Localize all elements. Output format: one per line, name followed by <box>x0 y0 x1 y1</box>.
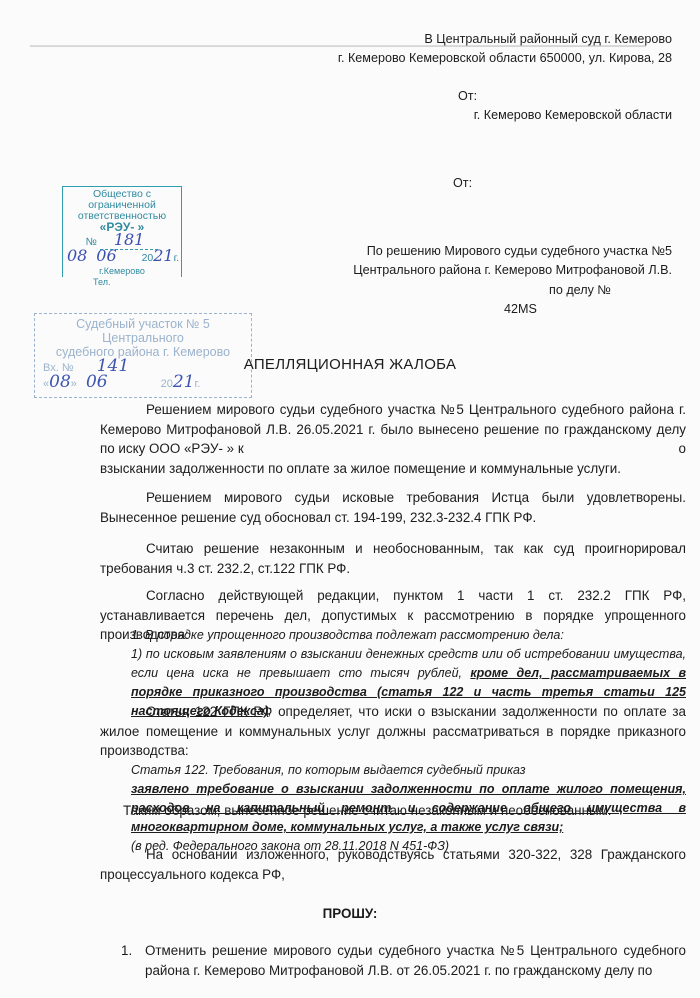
paragraph-legal-basis: На основании изложенного, руководствуясь… <box>100 845 686 884</box>
court-name: В Центральный районный суд г. Кемерово <box>72 30 672 49</box>
quote-232-line1: 1. В порядке упрощенного производства по… <box>131 626 686 645</box>
case-number: 42MS <box>504 300 537 319</box>
document-page: ━━━━━━━━━━━━━━━━━━━━━━━━━━━━━━━━━━━━━━━━… <box>0 0 700 998</box>
paragraph-decision-text: Решением мирового судьи судебного участк… <box>100 402 686 456</box>
stamp-day-handwritten: 08 <box>67 246 87 265</box>
paragraph-decision-continued: взыскании задолженности по оплате за жил… <box>100 459 686 479</box>
document-title: АПЕЛЛЯЦИОННАЯ ЖАЛОБА <box>0 356 700 373</box>
stamp-court-year-handwritten: 21 <box>173 372 195 392</box>
stamp-company-line1: Общество с ограниченной <box>63 189 181 211</box>
paragraph-article-122: Статья 122 ГПК РФ определяет, что иски о… <box>100 702 686 761</box>
stamp-year-prefix: 20 <box>142 252 154 264</box>
case-label: по делу № <box>549 281 611 300</box>
paragraph-disagreement: Считаю решение незаконным и необоснованн… <box>100 512 686 578</box>
paragraph-decision: Решением мирового судьи судебного участк… <box>100 400 686 459</box>
paragraph-conclusion-wrap: Таким образом, вынесенное решение считаю… <box>123 797 612 821</box>
stamp-court-year-suffix: г. <box>195 378 201 390</box>
stamp-month-handwritten: 06 <box>96 246 116 265</box>
stamp-court-line1: Судебный участок № 5 <box>35 317 251 331</box>
stamp-year-handwritten: 21 <box>153 246 173 265</box>
company-stamp: Общество с ограниченной ответственностью… <box>62 186 182 277</box>
quote-122-title: Статья 122. Требования, по которым выдае… <box>131 761 686 780</box>
court-address: г. Кемерово Кемеровской области 650000, … <box>72 49 672 68</box>
paragraph-conclusion: Таким образом, вынесенное решение считаю… <box>123 801 612 821</box>
from-label-2: От: <box>453 174 472 193</box>
paragraph-disagreement-text: Считаю решение незаконным и необоснованн… <box>100 539 686 578</box>
request-item-1: 1. Отменить решение мирового судьи судеб… <box>121 941 686 980</box>
from-label-1: От: <box>458 87 477 106</box>
stamp-city: г.Кемерово <box>63 266 181 277</box>
request-item-1-number: 1. <box>121 941 145 980</box>
decision-line-2: Центрального района г. Кемерово Митрофан… <box>252 261 672 280</box>
stamp-court-year-prefix: 20 <box>161 378 173 390</box>
stamp-court-line2: Центрального <box>35 331 251 345</box>
from-address-1: г. Кемерово Кемеровской области <box>272 106 672 125</box>
addressee-block: В Центральный районный суд г. Кемерово г… <box>72 30 672 68</box>
stamp-court-day-handwritten: 08 <box>49 372 71 392</box>
stamp-court-month-handwritten: 06 <box>86 372 108 392</box>
decision-reference: По решению Мирового судьи судебного учас… <box>252 242 672 280</box>
request-item-1-text: Отменить решение мирового судьи судебног… <box>145 941 686 980</box>
paragraph-decision-tail: о <box>633 439 686 459</box>
stamp-year-suffix: г. <box>174 252 179 264</box>
stamp-phone-label: Тел. <box>63 277 181 288</box>
decision-line-1: По решению Мирового судьи судебного учас… <box>252 242 672 261</box>
request-heading: ПРОШУ: <box>0 904 700 924</box>
